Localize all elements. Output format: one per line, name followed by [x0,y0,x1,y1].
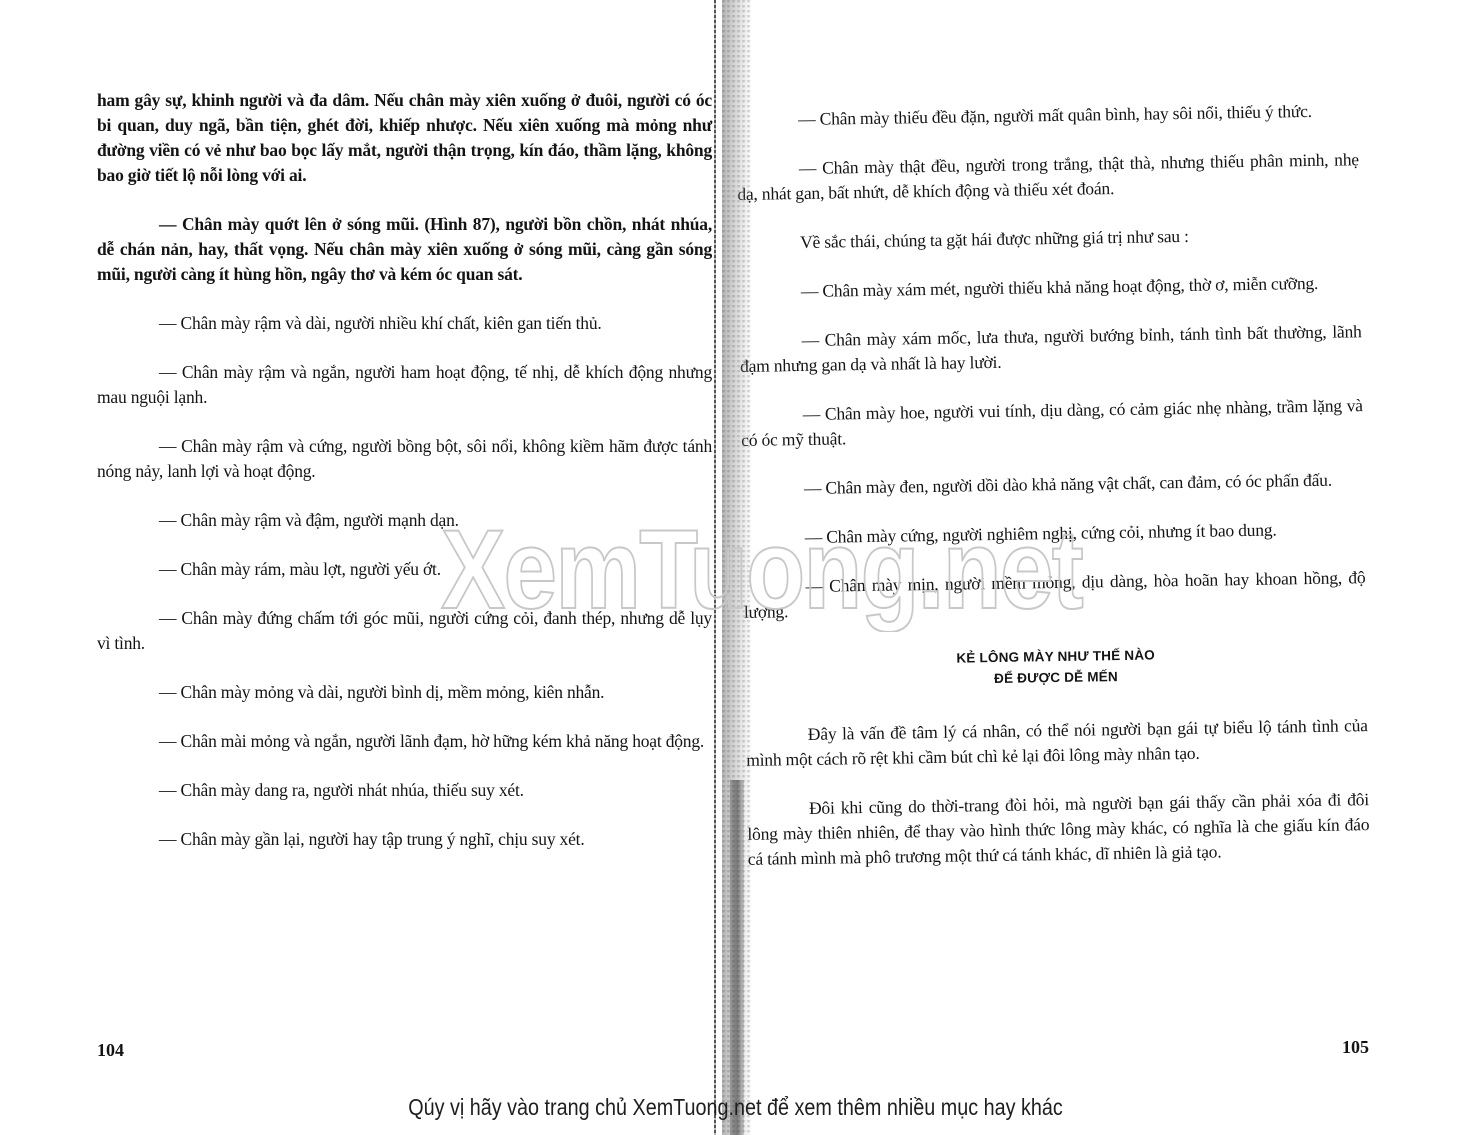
paragraph-color-intro: Về sắc thái, chúng ta gặt hái được những… [738,221,1360,256]
paragraph-ash-grey-brows: — Chân mày xám mét, người thiếu khả năng… [739,270,1361,305]
paragraph-brows-to-nose-corner: — Chân mày đứng chấm tới góc mũi, người … [97,606,712,656]
paragraph-grey-sparse-brows: — Chân mày xám mốc, lưa thưa, người bướn… [739,319,1362,379]
section-heading: KẺ LÔNG MÀY NHƯ THẾ NÀO ĐỂ ĐƯỢC DỄ MẾN [745,641,1368,693]
paragraph-thick-short-brows: — Chân mày rậm và ngắn, người ham hoạt đ… [97,360,712,410]
paragraph-stiff-brows: — Chân mày cứng, người nghiêm nghị, cứng… [743,516,1365,551]
paragraph-fine-brows: — Chân mày mịn, người mềm mỏng, dịu dàng… [743,565,1366,625]
page-number-right: 105 [1342,1037,1369,1058]
footer-site-link[interactable]: Qúy vị hãy vào trang chủ XemTuong.net để… [103,1094,1368,1121]
paragraph-hooked-brows: ham gây sự, khinh người và đa dâm. Nếu c… [97,88,712,188]
page-number-left: 104 [97,1040,124,1061]
paragraph-drawing-brows-psychology: Đây là vấn đề tâm lý cá nhân, có thể nói… [746,713,1369,773]
book-gutter-line [714,0,716,1135]
paragraph-even-brows: — Chân mày thật đều, người trong trắng, … [737,147,1360,207]
paragraph-uneven-brows: — Chân mày thiếu đều đặn, người mất quân… [736,98,1358,133]
paragraph-pale-brows: — Chân mày rám, màu lợt, người yếu ớt. [97,557,712,582]
paragraph-reddish-brows: — Chân mày hoe, người vui tính, dịu dàng… [741,393,1364,453]
paragraph-close-brows: — Chân mày gần lại, người hay tập trung … [97,827,712,852]
paragraph-thick-long-brows: — Chân mày rậm và dài, người nhiều khí c… [97,311,712,336]
paragraph-brows-raised-at-nose: — Chân mày quớt lên ở sóng mũi. (Hình 87… [97,212,712,287]
left-page-104: ham gây sự, khinh người và đa dâm. Nếu c… [0,0,720,1135]
paragraph-thin-long-brows: — Chân mày mỏng và dài, người bình dị, m… [97,680,712,705]
paragraph-fashion-brows: Đôi khi cũng do thời-trang đòi hỏi, mà n… [747,787,1370,872]
book-gutter-shadow [722,0,752,1135]
left-page-text-column: ham gây sự, khinh người và đa dâm. Nếu c… [97,88,712,852]
paragraph-thin-short-brows: — Chân mài mỏng và ngắn, người lãnh đạm,… [97,729,712,754]
paragraph-thick-stiff-brows: — Chân mày rậm và cứng, người bồng bột, … [97,434,712,484]
paragraph-spread-brows: — Chân mày dang ra, người nhát nhúa, thi… [97,778,712,803]
right-page-105: — Chân mày thiếu đều đặn, người mất quân… [722,0,1471,1135]
paragraph-thick-dark-brows: — Chân mày rậm và đậm, người mạnh dạn. [97,508,712,533]
right-page-text-column: — Chân mày thiếu đều đặn, người mất quân… [736,98,1370,872]
paragraph-black-brows: — Chân mày đen, người dồi dào khả năng v… [742,467,1364,502]
